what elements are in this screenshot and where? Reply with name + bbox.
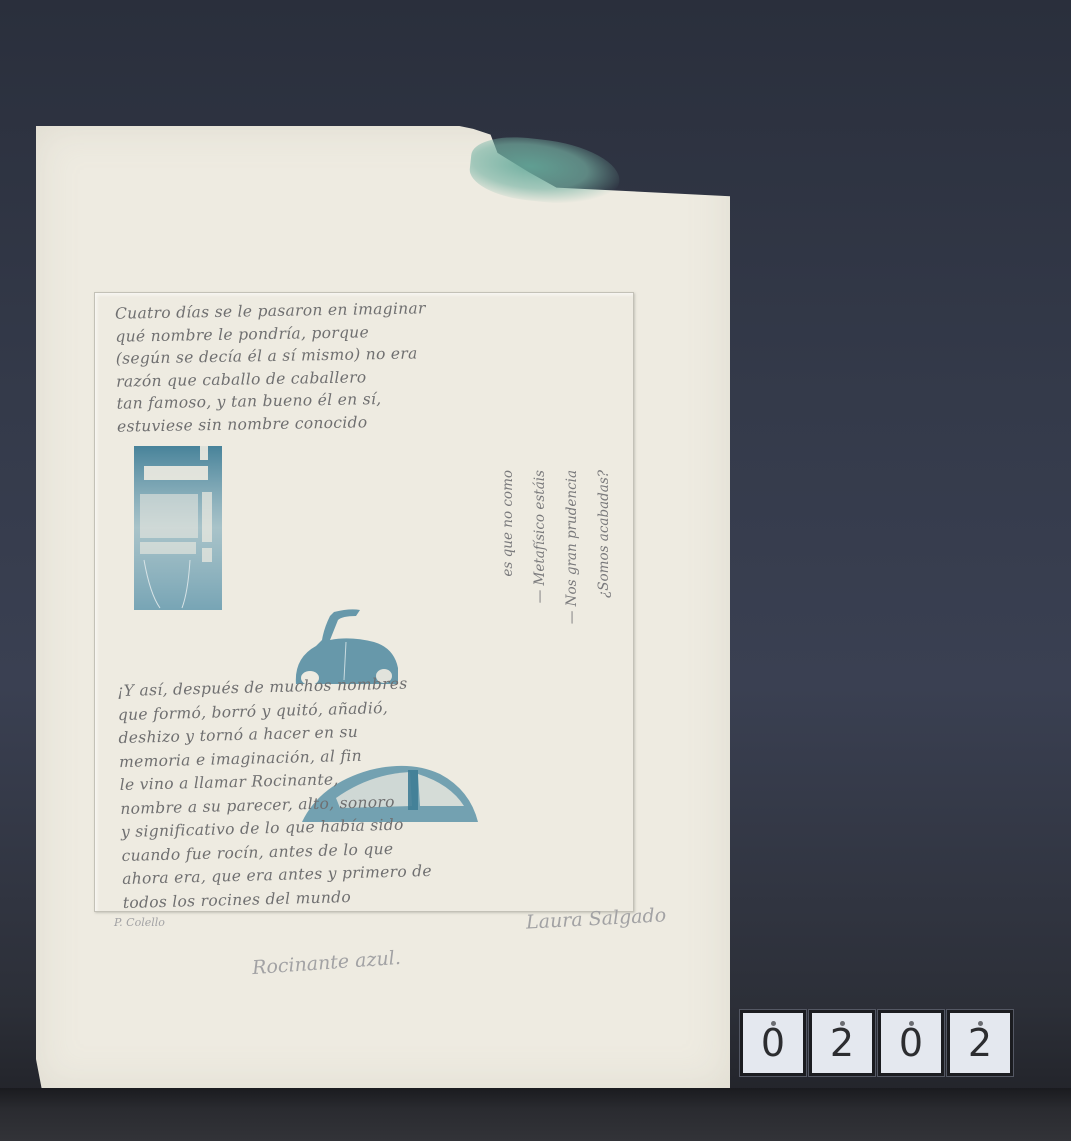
- handwritten-passage-vertical: ¿Somos acabadas? — Nos gran prudencia — …: [492, 470, 622, 720]
- number-tile: 2: [809, 1010, 875, 1076]
- number-tile: 0: [740, 1010, 806, 1076]
- window-print-image: [130, 444, 226, 614]
- edition-mark: P. Colello: [114, 916, 165, 929]
- handwritten-passage-bottom: ¡Y así, después de muchos nombres que fo…: [117, 672, 433, 915]
- tile-digit: 0: [761, 1021, 785, 1065]
- tile-hole-icon: [909, 1021, 914, 1026]
- tile-hole-icon: [840, 1021, 845, 1026]
- number-tile: 0: [878, 1010, 944, 1076]
- tile-digit: 2: [830, 1021, 854, 1065]
- text-line: es que no como: [500, 470, 516, 577]
- tile-hole-icon: [771, 1021, 776, 1026]
- display-surface: [0, 1088, 1071, 1141]
- text-line: — Metafísico estáis: [532, 470, 548, 603]
- tile-hole-icon: [978, 1021, 983, 1026]
- handwritten-passage-top: Cuatro días se le pasaron en imaginar qu…: [115, 297, 428, 437]
- text-line: ¿Somos acabadas?: [596, 470, 612, 598]
- tile-digit: 0: [899, 1021, 923, 1065]
- text-line: — Nos gran prudencia: [564, 470, 580, 624]
- number-tile: 2: [947, 1010, 1013, 1076]
- tile-digit: 2: [968, 1021, 992, 1065]
- inventory-number-tiles: 0 2 0 2: [740, 1010, 1013, 1076]
